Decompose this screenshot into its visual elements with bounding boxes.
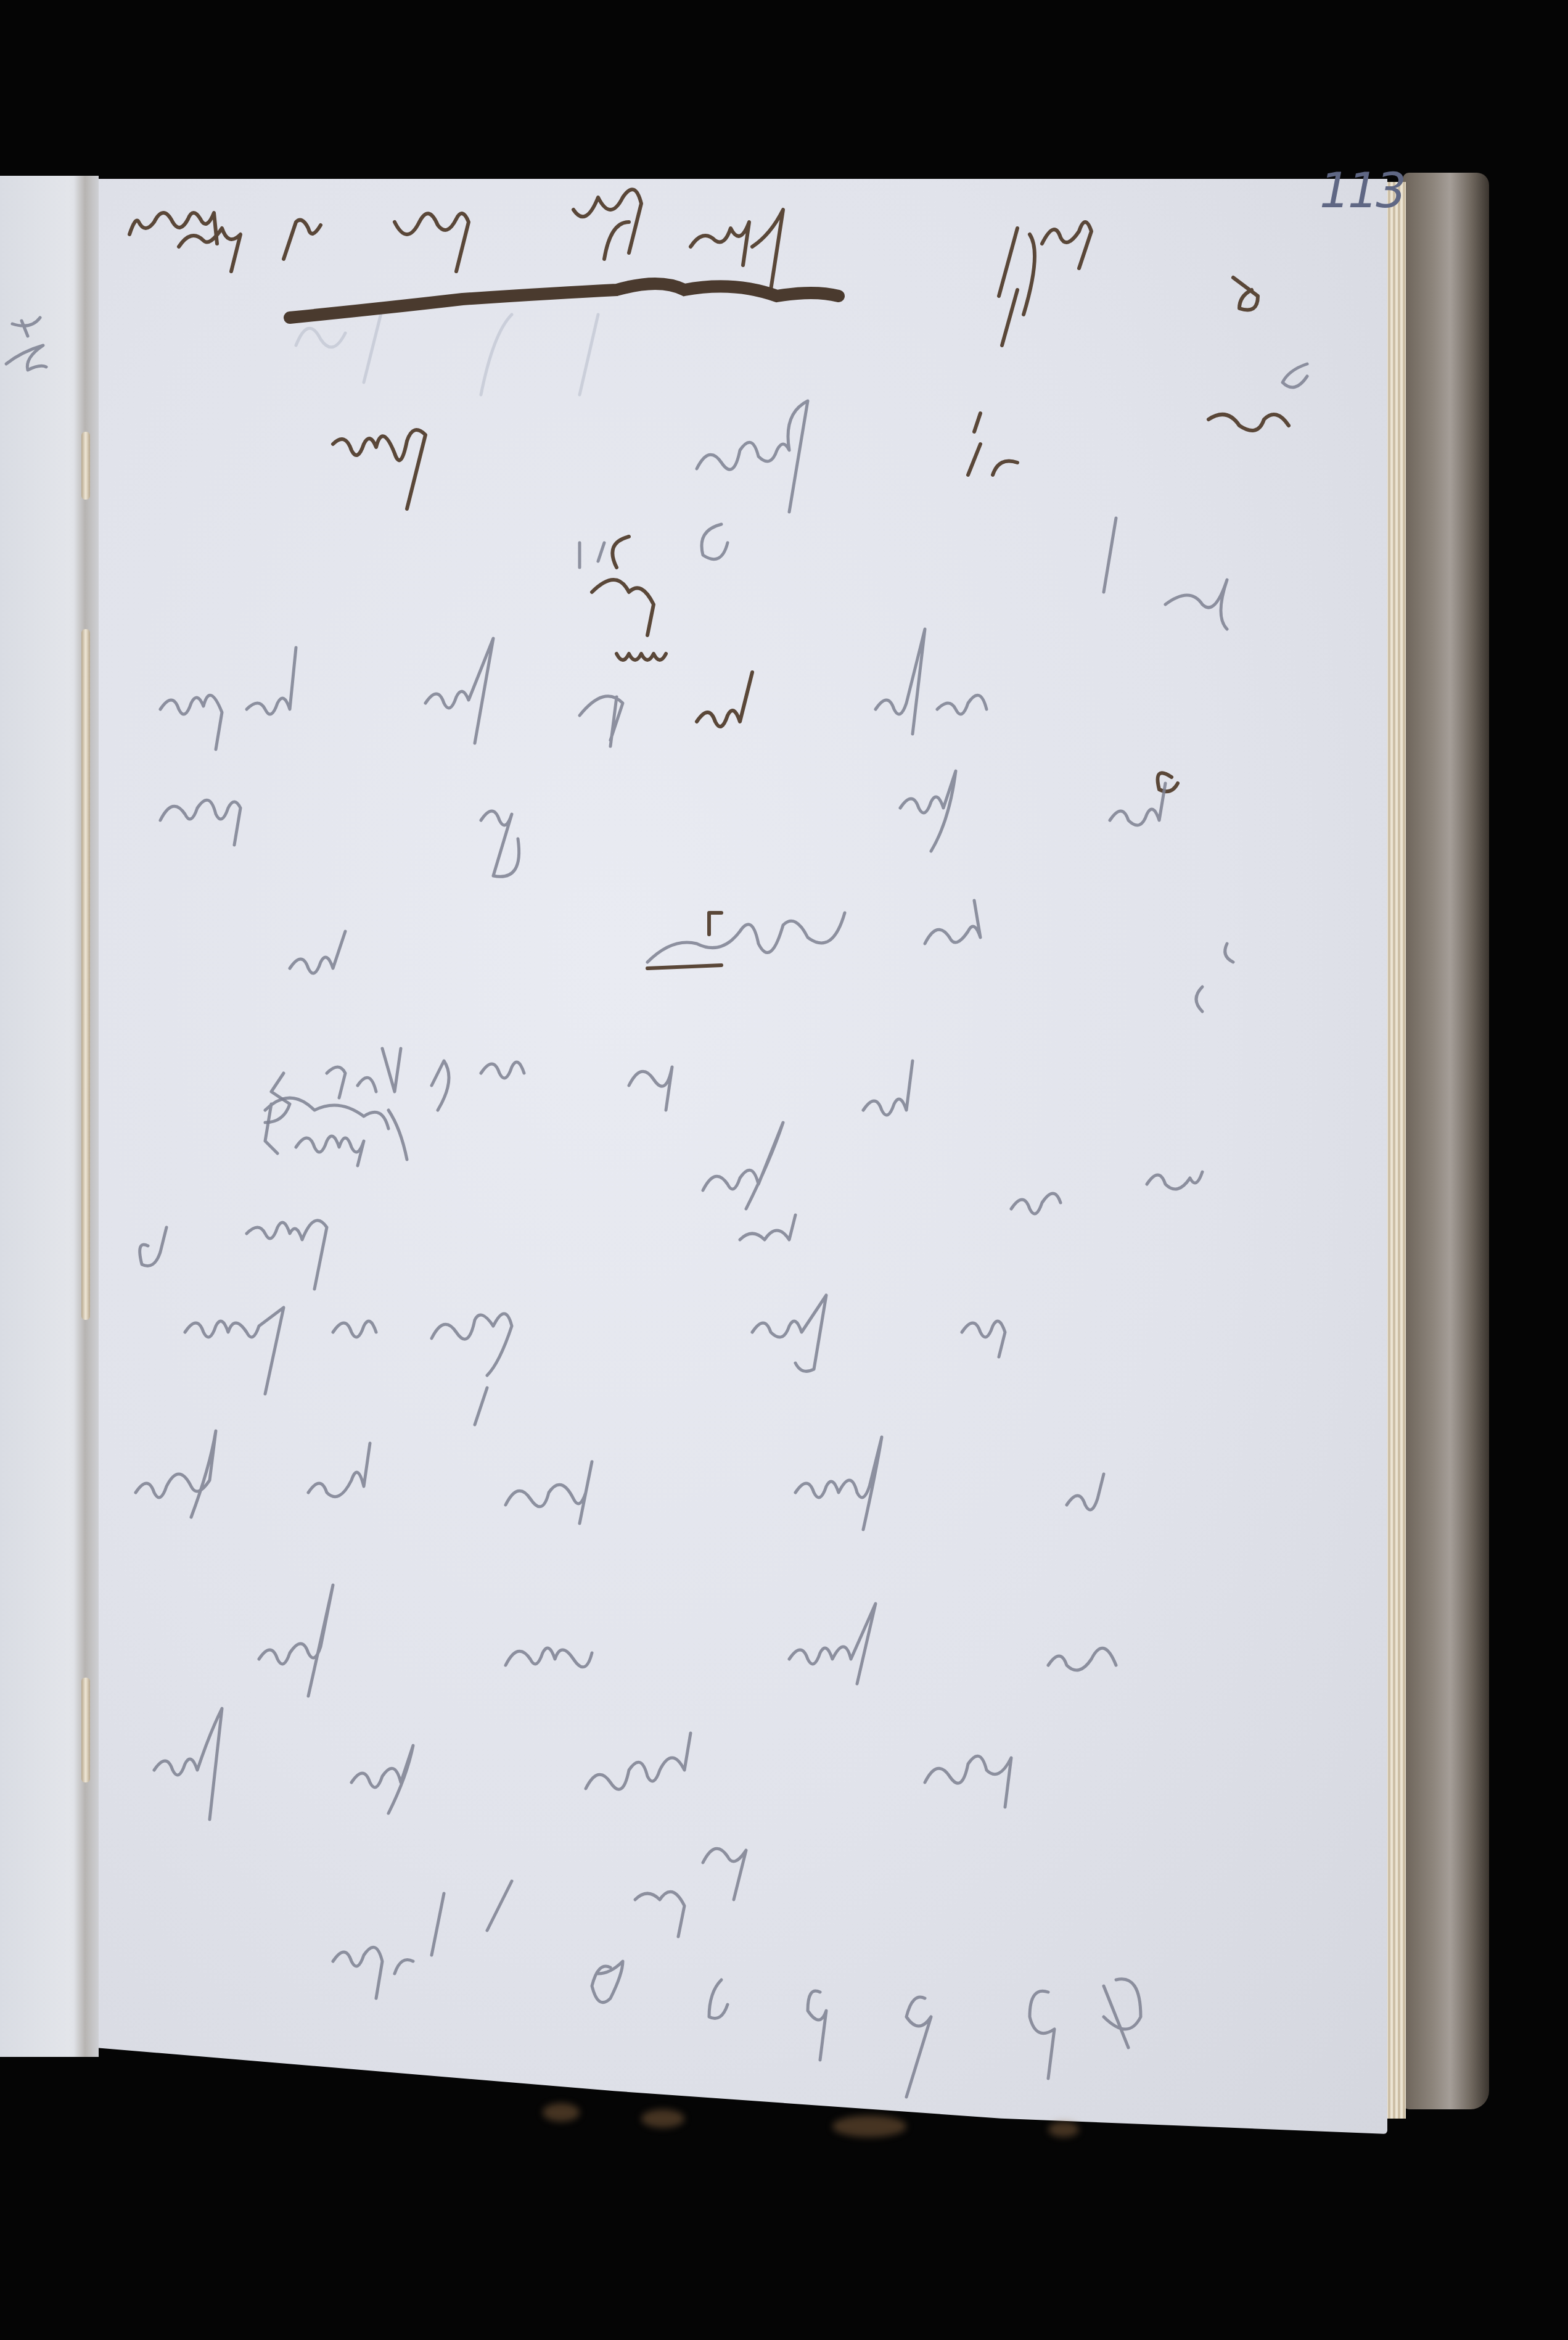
handwriting-layer <box>0 0 1568 2340</box>
